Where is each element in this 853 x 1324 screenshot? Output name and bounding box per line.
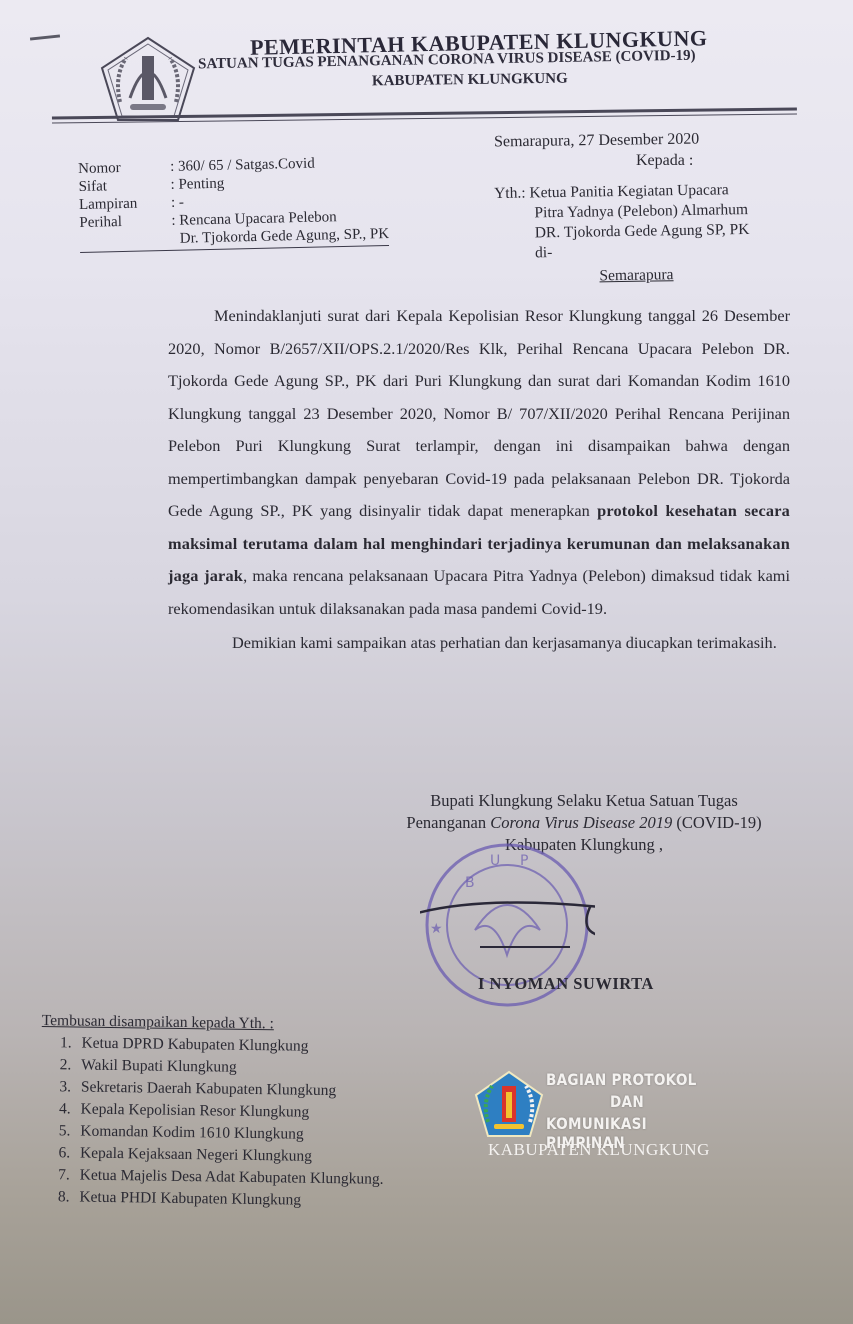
watermark-line: BAGIAN PROTOKOL [546, 1070, 697, 1089]
dateline: Semarapura, 27 Desember 2020 [494, 131, 699, 152]
paper-mark [30, 34, 60, 40]
svg-text:★: ★ [430, 921, 443, 937]
signer-name: I NYOMAN SUWIRTA [478, 974, 654, 994]
regency-emblem-icon [100, 36, 196, 122]
signature-title-2: Penanganan Corona Virus Disease 2019 (CO… [364, 812, 804, 834]
tembusan-block: Tembusan disampaikan kepada Yth. : Ketua… [39, 1010, 386, 1213]
watermark-line: DAN [610, 1092, 644, 1111]
recipient-line: di- [495, 240, 750, 264]
body-paragraph: Menindaklanjuti surat dari Kepala Kepoli… [168, 300, 790, 625]
svg-text:B: B [465, 875, 475, 891]
letter-meta: Nomor : 360/ 65 / Satgas.Covid Sifat : P… [78, 153, 389, 253]
closing-paragraph: Demikian kami sampaikan atas perhatian d… [168, 627, 790, 660]
signature-title: Bupati Klungkung Selaku Ketua Satuan Tug… [364, 790, 804, 812]
watermark: BAGIAN PROTOKOL DAN KOMUNIKASI PIMPINAN … [470, 1068, 750, 1168]
svg-text:U: U [490, 853, 500, 869]
list-item: Ketua PHDI Kabupaten Klungkung [73, 1186, 383, 1212]
watermark-line: KABUPATEN KLUNGKUNG [488, 1140, 710, 1160]
recipient-line: DR. Tjokorda Gede Agung SP, PK [495, 220, 750, 244]
letterhead-region: KABUPATEN KLUNGKUNG [372, 71, 568, 91]
kepada-label: Kepada : [636, 152, 693, 170]
regency-emblem-color-icon [474, 1070, 544, 1138]
svg-text:P: P [520, 853, 528, 869]
recipient-block: Yth.: Ketua Panitia Kegiatan Upacara Pit… [494, 180, 750, 288]
letter-body: Menindaklanjuti surat dari Kepala Kepoli… [168, 300, 790, 660]
tembusan-list: Ketua DPRD Kabupaten Klungkung Wakil Bup… [39, 1032, 385, 1213]
recipient-city: Semarapura [495, 264, 750, 288]
